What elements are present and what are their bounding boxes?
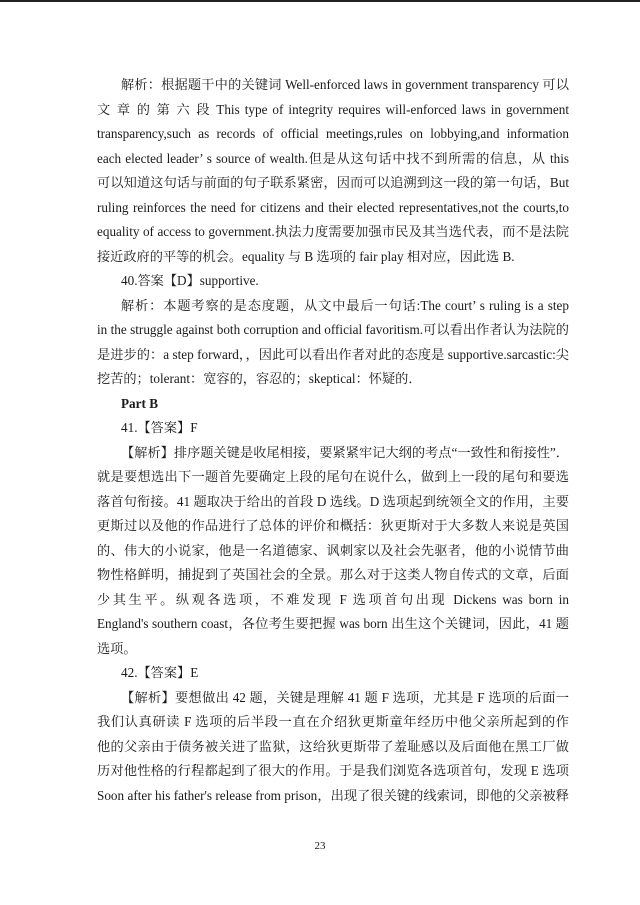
text-line: in the struggle against both corruption … xyxy=(97,318,569,343)
text-line: Soon after his father's release from pri… xyxy=(97,784,569,809)
text-line: 我们认真研读 F 选项的后半段一直在介绍狄更斯童年经历中他父亲所起到的作用，介绍 xyxy=(97,710,569,735)
text-line: 42.【答案】E xyxy=(97,661,569,686)
text-line: 更斯过以及他的作品进行了总体的评价和概括：狄更斯对于大多数人来说是英国知名 xyxy=(97,514,569,539)
text-line: 解析：根据题干中的关键词 Well-enforced laws in gover… xyxy=(97,73,569,98)
text-line: 的、伟大的小说家，他是一名道德家、讽刺家以及社会先驱者，他的小说情节曲折、人 xyxy=(97,539,569,564)
section-heading: Part B xyxy=(97,392,569,417)
text-line: 解析：本题考察的是态度题，从文中最后一句话:The court’ s rulin… xyxy=(97,294,569,319)
text-line: ruling reinforces the need for citizens … xyxy=(97,196,569,221)
text-line: transparency,such as records of official… xyxy=(97,122,569,147)
text-line: 接近政府的平等的机会。equality 与 B 选项的 fair play 相对… xyxy=(97,245,569,270)
text-line: 历对他性格的行程都起到了很大的作用。于是我们浏览各选项首句，发现 E 选项开头 xyxy=(97,759,569,784)
text-line: 选项。 xyxy=(97,637,569,662)
text-line: England's southern coast，各位考生要把握 was bor… xyxy=(97,612,569,637)
text-line: equality of access to government.执法力度需要加… xyxy=(97,220,569,245)
text-line: each elected leader’ s source of wealth.… xyxy=(97,147,569,172)
text-line: 文 章 的 第 六 段 This type of integrity requi… xyxy=(97,98,569,123)
text-line: 是进步的：a step forward，，因此可以看出作者对此的态度是 supp… xyxy=(97,343,569,368)
document-page-body: 解析：根据题干中的关键词 Well-enforced laws in gover… xyxy=(97,73,569,808)
text-line: 他的父亲由于债务被关进了监狱，这给狄更斯带了羞耻感以及后面他在黑工厂做工的经 xyxy=(97,735,569,760)
top-border-line xyxy=(0,0,640,2)
text-line: 落首句衔接。41 题取决于给出的首段 D 选线。D 选项起到统领全文的作用，主要… xyxy=(97,490,569,515)
page-number: 23 xyxy=(0,840,640,852)
text-line: 物性格鲜明，捕捉到了英国社会的全景。那么对于这类人物自传式的文章，后面会先减 xyxy=(97,563,569,588)
text-line: 40.答案【D】supportive. xyxy=(97,269,569,294)
text-line: 【解析】排序题关键是收尾相接，要紧紧牢记大纲的考点“一致性和衔接性”．也 xyxy=(97,441,569,466)
text-line: 41.【答案】F xyxy=(97,416,569,441)
text-line: 少其生平。纵观各选项，不难发现 F 选项首句出现 Dickens was bor… xyxy=(97,588,569,613)
text-line: 可以知道这句话与前面的句子联系紧密，因而可以追溯到这一段的第一句话，But th… xyxy=(97,171,569,196)
text-line: 就是要想选出下一题首先要确定上段的尾句在说什么，做到上一段的尾句和要选择的段 xyxy=(97,465,569,490)
text-line: 【解析】要想做出 42 题，关键是理解 41 题 F 选项，尤其是 F 选项的后… xyxy=(97,686,569,711)
text-line: 挖苦的；tolerant：宽容的，容忍的；skeptical：怀疑的． xyxy=(97,367,569,392)
